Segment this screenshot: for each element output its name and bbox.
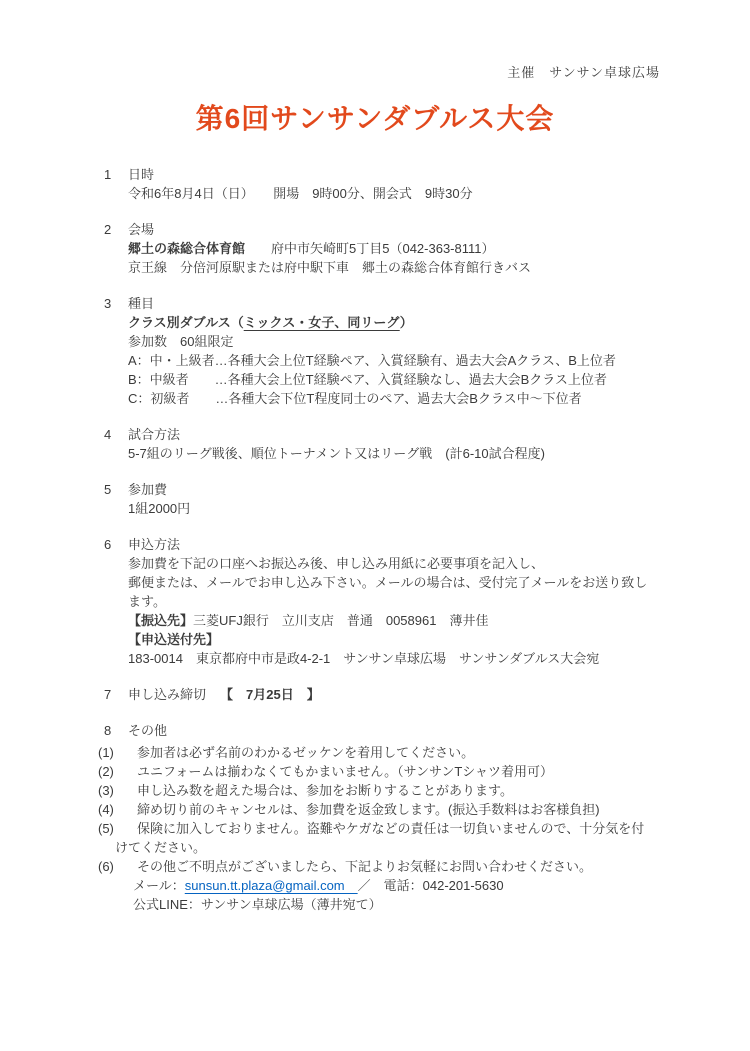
item-number: (6) [98, 857, 114, 876]
match-format-line: 5-7組のリーグ戦後、順位トーナメント又はリーグ戦 (計6-10試合程度) [128, 444, 700, 463]
item-text: ユニフォームは揃わなくてもかまいません。（サンサンTシャツ着用可） [137, 764, 553, 779]
section-other: 8その他 (1)参加者は必ず名前のわかるゼッケンを着用してください。 (2)ユニ… [104, 721, 700, 914]
section-body: 郷土の森総合体育館 府中市矢崎町5丁目5（042-363-8111） 京王線 分… [128, 239, 700, 277]
event-class-underlined: ミックス・女子、同リーグ [244, 315, 400, 330]
section-fee: 5参加費 1組2000円 [104, 480, 700, 518]
section-number: 3 [104, 294, 128, 313]
other-items: (1)参加者は必ず名前のわかるゼッケンを着用してください。 (2)ユニフォームは… [98, 743, 700, 914]
section-events: 3種目 クラス別ダブルス（ミックス・女子、同リーグ） 参加数 60組限定 A：中… [104, 294, 700, 408]
datetime-line: 令和6年8月4日（日） 開場 9時00分、開会式 9時30分 [128, 184, 700, 203]
section-datetime: 1日時 令和6年8月4日（日） 開場 9時00分、開会式 9時30分 [104, 165, 700, 203]
section-number: 4 [104, 425, 128, 444]
mail-label: メール： [133, 878, 185, 893]
list-item: (1)参加者は必ず名前のわかるゼッケンを着用してください。 [98, 743, 700, 762]
application-line-2: 郵便または、メールでお申し込み下さい。メールの場合は、受付完了メールをお送り致し [128, 573, 700, 592]
item-number: (4) [98, 800, 114, 819]
class-c-line: C：初級者 …各種大会下位T程度同士のペア、過去大会Bクラス中～下位者 [128, 389, 700, 408]
deadline-date: 【 7月25日 】 [220, 687, 320, 702]
class-b-line: B：中級者 …各種大会上位T経験ペア、入賞経験なし、過去大会Bクラス上位者 [128, 370, 700, 389]
section-body: クラス別ダブルス（ミックス・女子、同リーグ） 参加数 60組限定 A：中・上級者… [128, 313, 700, 408]
section-title: 種目 [128, 296, 154, 311]
organizer-line: 主催 サンサン卓球広場 [0, 0, 750, 82]
list-item: (3)申し込み数を超えた場合は、参加をお断りすることがあります。 [98, 781, 700, 800]
section-number: 8 [104, 721, 128, 740]
event-class-lead: クラス別ダブルス（ [128, 315, 244, 330]
entry-limit-line: 参加数 60組限定 [128, 332, 700, 351]
item-number: (5) [98, 819, 114, 838]
section-title: 申し込み締切 [128, 687, 206, 702]
item-text: 申し込み数を超えた場合は、参加をお断りすることがあります。 [137, 783, 513, 798]
event-class-tail: ） [400, 315, 413, 330]
item-number: (3) [98, 781, 114, 800]
section-heading: 2会場 [104, 220, 700, 239]
bank-transfer-line: 【振込先】三菱UFJ銀行 立川支店 普通 0058961 薄井佳 [128, 611, 700, 630]
section-title: 参加費 [128, 482, 167, 497]
page-title: 第6回サンサンダブルス大会 [0, 99, 750, 139]
section-heading: 1日時 [104, 165, 700, 184]
venue-access-line: 京王線 分倍河原駅または府中駅下車 郷土の森総合体育館行きバス [128, 258, 700, 277]
section-heading: 3種目 [104, 294, 700, 313]
item-text: 締め切り前のキャンセルは、参加費を返金致します。(振込手数料はお客様負担) [137, 802, 600, 817]
venue-address: 府中市矢崎町5丁目5（042-363-8111） [245, 241, 495, 256]
document-body: 1日時 令和6年8月4日（日） 開場 9時00分、開会式 9時30分 2会場 郷… [0, 165, 750, 914]
section-body: 5-7組のリーグ戦後、順位トーナメント又はリーグ戦 (計6-10試合程度) [128, 444, 700, 463]
section-title: 試合方法 [128, 427, 180, 442]
section-title: 日時 [128, 167, 154, 182]
list-item: (4)締め切り前のキャンセルは、参加費を返金致します。(振込手数料はお客様負担) [98, 800, 700, 819]
fee-line: 1組2000円 [128, 499, 700, 518]
item-text: 参加者は必ず名前のわかるゼッケンを着用してください。 [137, 745, 474, 760]
section-heading: 4試合方法 [104, 425, 700, 444]
section-number: 2 [104, 220, 128, 239]
list-item: (6)その他ご不明点がございましたら、下記よりお気軽にお問い合わせください。 [98, 857, 700, 876]
class-a-line: A：中・上級者…各種大会上位T経験ペア、入賞経験有、過去大会Aクラス、B上位者 [128, 351, 700, 370]
event-class-line: クラス別ダブルス（ミックス・女子、同リーグ） [128, 313, 700, 332]
section-number: 1 [104, 165, 128, 184]
section-heading: 7申し込み締切【 7月25日 】 [104, 685, 700, 704]
venue-name: 郷土の森総合体育館 [128, 241, 245, 256]
item-number: (2) [98, 762, 114, 781]
section-match-format: 4試合方法 5-7組のリーグ戦後、順位トーナメント又はリーグ戦 (計6-10試合… [104, 425, 700, 463]
section-body: 令和6年8月4日（日） 開場 9時00分、開会式 9時30分 [128, 184, 700, 203]
list-item: (5)保険に加入しておりません。盗難やケガなどの責任は一切負いませんので、十分気… [98, 819, 700, 838]
section-venue: 2会場 郷土の森総合体育館 府中市矢崎町5丁目5（042-363-8111） 京… [104, 220, 700, 277]
section-number: 7 [104, 685, 128, 704]
section-body: 1組2000円 [128, 499, 700, 518]
contact-mail-line: メール：sunsun.tt.plaza@gmail.com ／ 電話：042-2… [133, 876, 700, 895]
section-deadline: 7申し込み締切【 7月25日 】 [104, 685, 700, 704]
mailing-label: 【申込送付先】 [128, 630, 700, 649]
section-heading: 6申込方法 [104, 535, 700, 554]
list-item-continuation: けてください。 [115, 838, 700, 857]
application-line-1: 参加費を下記の口座へお振込み後、申し込み用紙に必要事項を記入し、 [128, 554, 700, 573]
mailing-address: 183-0014 東京都府中市是政4-2-1 サンサン卓球広場 サンサンダブルス… [128, 649, 700, 668]
item-text: 保険に加入しておりません。盗難やケガなどの責任は一切負いませんので、十分気を付 [137, 821, 644, 836]
bank-transfer-label: 【振込先】 [128, 613, 193, 628]
section-number: 5 [104, 480, 128, 499]
venue-line: 郷土の森総合体育館 府中市矢崎町5丁目5（042-363-8111） [128, 239, 700, 258]
document-page: 主催 サンサン卓球広場 第6回サンサンダブルス大会 1日時 令和6年8月4日（日… [0, 0, 750, 1051]
bank-transfer-details: 三菱UFJ銀行 立川支店 普通 0058961 薄井佳 [193, 613, 488, 628]
section-title: その他 [128, 723, 167, 738]
section-title: 申込方法 [128, 537, 180, 552]
email-link[interactable]: sunsun.tt.plaza@gmail.com [185, 878, 358, 893]
section-body: 参加費を下記の口座へお振込み後、申し込み用紙に必要事項を記入し、 郵便または、メ… [128, 554, 700, 668]
application-line-3: ます。 [128, 592, 700, 611]
item-number: (1) [98, 743, 114, 762]
phone-text: ／ 電話：042-201-5630 [358, 878, 504, 893]
section-number: 6 [104, 535, 128, 554]
section-title: 会場 [128, 222, 154, 237]
list-item: (2)ユニフォームは揃わなくてもかまいません。（サンサンTシャツ着用可） [98, 762, 700, 781]
section-heading: 5参加費 [104, 480, 700, 499]
section-application: 6申込方法 参加費を下記の口座へお振込み後、申し込み用紙に必要事項を記入し、 郵… [104, 535, 700, 668]
item-text: その他ご不明点がございましたら、下記よりお気軽にお問い合わせください。 [137, 859, 592, 874]
section-heading: 8その他 [104, 721, 700, 740]
official-line-line: 公式LINE：サンサン卓球広場（薄井宛て） [133, 895, 700, 914]
